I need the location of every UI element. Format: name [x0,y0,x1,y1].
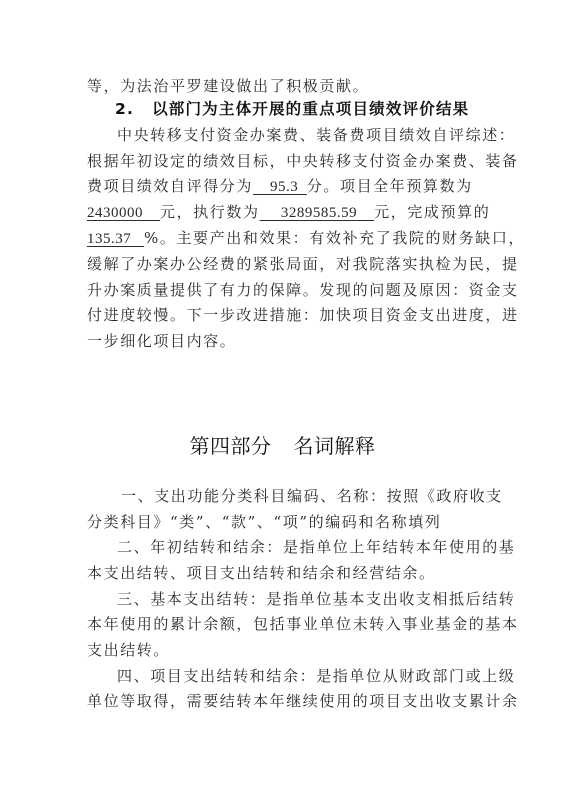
paragraph-line: 2430000 元，执行数为 3289585.59 元，完成预算的 [87,203,479,222]
definition-line: 分类科目》“类”、“款”、“项”的编码和名称填列 [87,513,479,531]
definition-line: 三、基本支出结转：是指单位基本支出收支相抵后结转 [117,590,479,608]
paragraph-line: 等，为法治平罗建设做出了积极贡献。 [87,77,479,95]
completion-value: 135.37 [87,231,144,247]
definition-line: 单位等取得，需要结转本年继续使用的项目支出收支累计余 [87,692,479,710]
definition-line: 二、年初结转和结余：是指单位上年结转本年使用的基 [117,538,479,556]
heading-text: 以部门为主体开展的重点项目绩效评价结果 [152,100,469,118]
paragraph-line: 135.37 %。主要产出和效果：有效补充了我院的财务缺口， [87,229,479,248]
paragraph-line: 中央转移支付资金办案费、装备费项目绩效自评综述： [117,126,479,144]
section-heading: 2.以部门为主体开展的重点项目绩效评价结果 [115,100,507,118]
section-title: 第四部分名词解释 [0,430,565,459]
definition-line: 支出结转。 [87,641,479,659]
executed-value: 3289585.59 [260,205,375,221]
paragraph-line: 费项目绩效自评得分为 95.3 分。项目全年预算数为 [87,177,479,196]
paragraph-line: 升办案质量提供了有力的保障。发现的问题及原因：资金支 [87,281,479,299]
paragraph-line: 一步细化项目内容。 [87,332,479,350]
title-name: 名词解释 [294,434,376,458]
text-segment: 分。项目全年预算数为 [307,177,473,195]
text-segment: 元，完成预算的 [374,203,490,221]
definition-line: 本年使用的累计余额，包括事业单位未转入事业基金的基本 [87,615,479,633]
title-part: 第四部分 [190,434,272,458]
text-segment: %。主要产出和效果：有效补充了我院的财务缺口， [144,229,525,247]
paragraph-line: 付进度较慢。下一步改进措施：加快项目资金支出进度，进 [87,306,479,324]
definition-line: 一、支出功能分类科目编码、名称：按照《政府收支 [121,487,483,505]
definition-line: 四、项目支出结转和结余：是指单位从财政部门或上级 [117,667,479,685]
text-segment: 元，执行数为 [160,203,260,221]
document-page: 等，为法治平罗建设做出了积极贡献。 2.以部门为主体开展的重点项目绩效评价结果 … [0,0,565,800]
definition-line: 本支出结转、项目支出结转和结余和经营结余。 [87,564,479,582]
text-segment: 费项目绩效自评得分为 [87,177,253,195]
budget-value: 2430000 [87,205,160,221]
paragraph-line: 根据年初设定的绩效目标，中央转移支付资金办案费、装备 [87,152,479,170]
paragraph-line: 缓解了办案办公经费的紧张局面，对我院落实执检为民，提 [87,255,479,273]
score-value: 95.3 [253,179,307,195]
heading-number: 2. [115,100,134,118]
